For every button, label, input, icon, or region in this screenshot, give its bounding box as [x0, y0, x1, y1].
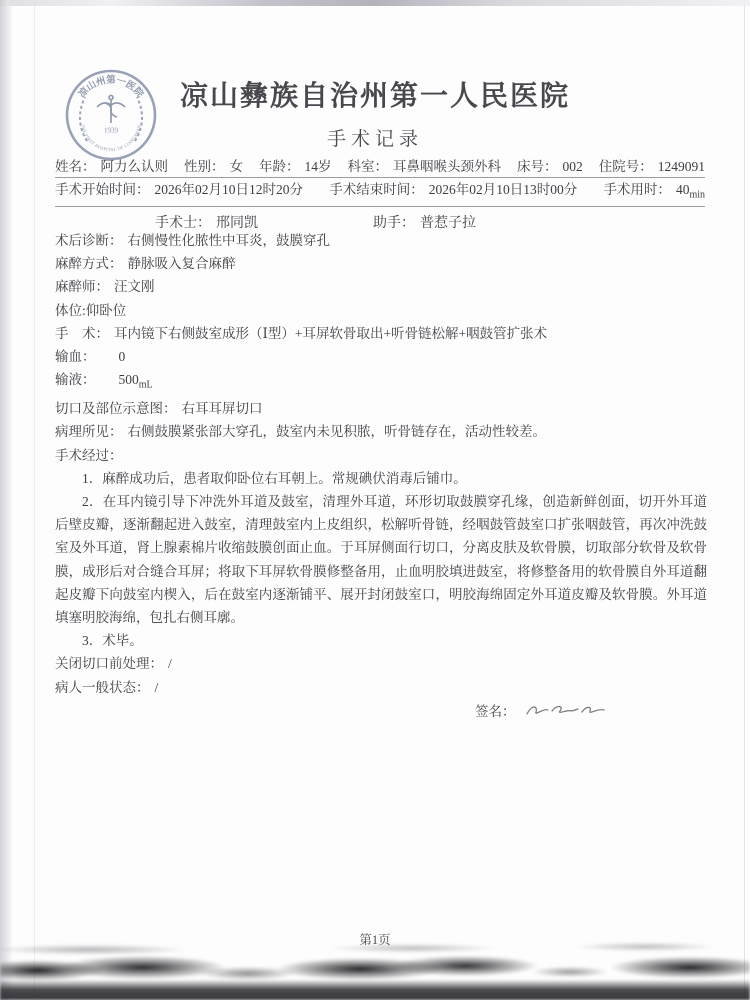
hospital-name: 凉山彝族自治州第一人民医院	[0, 74, 750, 114]
patient-gender: 性别：女	[184, 157, 243, 176]
operation-name: 手 术：耳内镜下右侧鼓室成形（Ⅰ型）+耳屏软骨取出+听骨链松解+咽鼓管扩张术	[55, 322, 707, 345]
patient-name: 姓名：阿力么认则	[55, 157, 168, 176]
page-number: 第1页	[0, 930, 750, 948]
patient-department: 科室：耳鼻咽喉头颈外科	[348, 157, 502, 176]
anesthesia-method: 麻醉方式：静脉吸入复合麻醉	[55, 252, 707, 275]
incision-site: 切口及部位示意图：右耳耳屏切口	[55, 397, 707, 420]
surgery-course-heading: 手术经过：	[55, 444, 707, 467]
patient-admission-number: 住院号：1249091	[599, 157, 705, 176]
patient-position: 体位:仰卧位	[55, 299, 707, 322]
surgery-course-step-3: 3．术毕。	[55, 629, 707, 652]
patient-age: 年龄：14岁	[259, 157, 332, 176]
pre-closure-handling: 关闭切口前处理：/	[55, 652, 707, 675]
patient-bed-number: 床号：002	[517, 157, 583, 176]
info-table: 姓名：阿力么认则 性别：女 年龄：14岁 科室：耳鼻咽喉头颈外科 床号：002 …	[55, 155, 705, 234]
iv-infusion: 输液：500mL	[55, 368, 707, 397]
patient-general-state: 病人一般状态：/	[55, 676, 707, 699]
surgery-duration: 手术用时：40min	[603, 180, 705, 205]
scan-artifact-left-edge	[0, 0, 13, 1000]
surgery-start-time: 手术开始时间：2026年02月10日12时20分	[55, 180, 303, 199]
surgery-time-row: 手术开始时间：2026年02月10日12时20分 手术结束时间：2026年02月…	[55, 178, 705, 207]
document-title: 手术记录	[0, 124, 750, 151]
postop-diagnosis: 术后诊断：右侧慢性化脓性中耳炎，鼓膜穿孔	[55, 229, 707, 252]
surgery-course-step-1: 1．麻醉成功后，患者取仰卧位右耳朝上。常规碘伏消毒后铺巾。	[55, 467, 707, 490]
surgery-record-body: 术后诊断：右侧慢性化脓性中耳炎，鼓膜穿孔 麻醉方式：静脉吸入复合麻醉 麻醉师：汪…	[55, 229, 707, 723]
scan-artifact-top-edge	[0, 0, 750, 6]
blood-transfusion: 输血：0	[55, 345, 707, 368]
signature-label: 签名：	[475, 704, 516, 719]
patient-info-row: 姓名：阿力么认则 性别：女 年龄：14岁 科室：耳鼻咽喉头颈外科 床号：002 …	[55, 155, 705, 178]
pathology-findings: 病理所见：右侧鼓膜紧张部大穿孔，鼓室内未见积脓，听骨链存在，活动性较差。	[55, 420, 707, 443]
handwritten-signature	[524, 700, 610, 720]
anesthesiologist: 麻醉师：汪文刚	[55, 275, 707, 298]
surgery-course-step-2: 2．在耳内镜引导下冲洗外耳道及鼓室，清理外耳道，环形切取鼓膜穿孔缘，创造新鲜创面…	[55, 490, 707, 629]
surgery-end-time: 手术结束时间：2026年02月10日13时00分	[329, 180, 577, 199]
signature-row: 签名：	[55, 700, 707, 723]
